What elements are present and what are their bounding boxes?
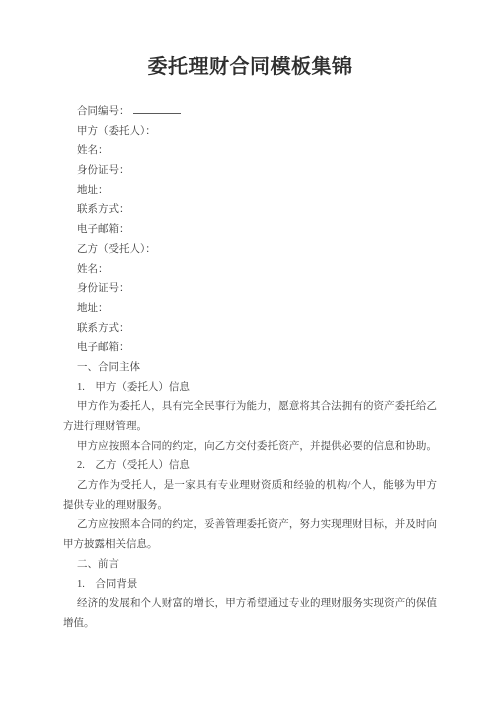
text-line: 甲方作为委托人，具有完全民事行为能力，愿意将其合法拥有的资产委托给乙 (63, 397, 437, 417)
text-line: 2. 乙方（受托人）信息 (63, 456, 437, 476)
line-text: 地址： (77, 303, 109, 314)
text-line: 身份证号： (63, 279, 437, 299)
line-text: 电子邮箱： (77, 224, 130, 235)
text-line: 乙方作为受托人，是一家具有专业理财资质和经验的机构/个人，能够为甲方 (63, 476, 437, 496)
line-text: 甲方披露相关信息。 (63, 539, 158, 550)
text-line: 联系方式： (63, 319, 437, 339)
blank-underline (133, 102, 181, 114)
text-line: 乙方（受托人）： (63, 240, 437, 260)
line-text: 甲方（委托人）： (77, 126, 156, 137)
text-line: 乙方应按照本合同的约定，妥善管理委托资产，努力实现理财目标，并及时向 (63, 515, 437, 535)
text-line: 二、前言 (63, 555, 437, 575)
line-text: 身份证号： (77, 283, 130, 294)
line-text: 1. 合同背景 (77, 579, 137, 590)
line-text: 经济的发展和个人财富的增长，甲方希望通过专业的理财服务实现资产的保值 (77, 598, 437, 609)
line-text: 身份证号： (77, 165, 130, 176)
document-title: 委托理财合同模板集锦 (0, 0, 500, 82)
line-text: 提供专业的理财服务。 (63, 500, 168, 511)
text-line: 1. 甲方（委托人）信息 (63, 378, 437, 398)
text-line: 提供专业的理财服务。 (63, 496, 437, 516)
line-text: 姓名： (77, 264, 109, 275)
text-line: 姓名： (63, 141, 437, 161)
document-page: 委托理财合同模板集锦 合同编号：甲方（委托人）：姓名：身份证号：地址：联系方式：… (0, 0, 500, 707)
line-text: 联系方式： (77, 323, 130, 334)
line-text: 合同编号： (77, 106, 130, 117)
text-line: 增值。 (63, 614, 437, 634)
line-text: 乙方作为受托人，是一家具有专业理财资质和经验的机构/个人，能够为甲方 (77, 480, 437, 491)
text-line: 姓名： (63, 260, 437, 280)
line-text: 地址： (77, 185, 109, 196)
line-text: 乙方（受托人）： (77, 244, 156, 255)
line-text: 1. 甲方（委托人）信息 (77, 382, 190, 393)
line-text: 方进行理财管理。 (63, 421, 147, 432)
line-text: 甲方应按照本合同的约定，向乙方交付委托资产，并提供必要的信息和协助。 (77, 441, 437, 452)
text-line: 甲方披露相关信息。 (63, 535, 437, 555)
text-line: 地址： (63, 299, 437, 319)
text-line: 一、合同主体 (63, 358, 437, 378)
text-line: 联系方式： (63, 200, 437, 220)
line-text: 姓名： (77, 145, 109, 156)
line-text: 甲方作为委托人，具有完全民事行为能力，愿意将其合法拥有的资产委托给乙 (77, 401, 437, 412)
line-text: 增值。 (63, 618, 95, 629)
text-line: 甲方应按照本合同的约定，向乙方交付委托资产，并提供必要的信息和协助。 (63, 437, 437, 457)
text-line: 甲方（委托人）： (63, 122, 437, 142)
text-line: 合同编号： (63, 102, 437, 122)
text-line: 身份证号： (63, 161, 437, 181)
document-body: 合同编号：甲方（委托人）：姓名：身份证号：地址：联系方式：电子邮箱：乙方（受托人… (0, 102, 500, 634)
text-line: 电子邮箱： (63, 220, 437, 240)
line-text: 联系方式： (77, 204, 130, 215)
text-line: 方进行理财管理。 (63, 417, 437, 437)
line-text: 一、合同主体 (77, 362, 140, 373)
text-line: 1. 合同背景 (63, 575, 437, 595)
line-text: 二、前言 (77, 559, 119, 570)
line-text: 电子邮箱： (77, 342, 130, 353)
text-line: 经济的发展和个人财富的增长，甲方希望通过专业的理财服务实现资产的保值 (63, 594, 437, 614)
line-text: 2. 乙方（受托人）信息 (77, 460, 190, 471)
text-line: 电子邮箱： (63, 338, 437, 358)
line-text: 乙方应按照本合同的约定，妥善管理委托资产，努力实现理财目标，并及时向 (77, 519, 437, 530)
text-line: 地址： (63, 181, 437, 201)
